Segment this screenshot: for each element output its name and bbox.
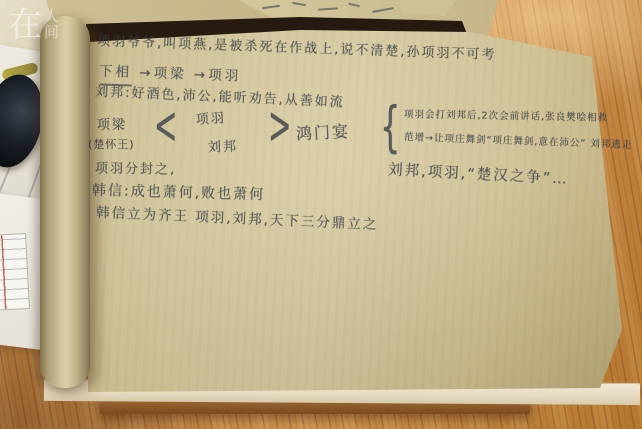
watermark-char-main: 在 bbox=[8, 8, 42, 42]
diagram-label-xiangliang: 项梁 bbox=[97, 119, 127, 133]
diagram-brace: { bbox=[380, 98, 402, 158]
diagram-branch-liubang: 刘邦 bbox=[208, 140, 238, 155]
mini-calendar-table bbox=[0, 233, 30, 311]
diagram-close-bracket: > bbox=[268, 98, 293, 157]
handwriting-line-5: 项羽分封之, bbox=[95, 162, 176, 178]
diagram-label-king-huai: (楚怀王) bbox=[88, 139, 135, 151]
diagram-open-bracket: < bbox=[154, 98, 179, 157]
photo-canvas: 项羽爷爷,叫项燕,是被杀死在作战上,说不清楚,孙项羽不可考 下相 →项梁 →项羽… bbox=[0, 0, 642, 429]
curled-page-roll bbox=[40, 16, 90, 388]
watermark-column: 人 间 bbox=[44, 9, 59, 41]
watermark-char-bottom: 间 bbox=[44, 25, 59, 41]
diagram-node-hongmen-banquet: 鸿门宴 bbox=[296, 123, 351, 143]
watermark-logo: 在 人 间 bbox=[8, 8, 59, 42]
diagram-branch-xiangyu: 项羽 bbox=[196, 112, 227, 128]
